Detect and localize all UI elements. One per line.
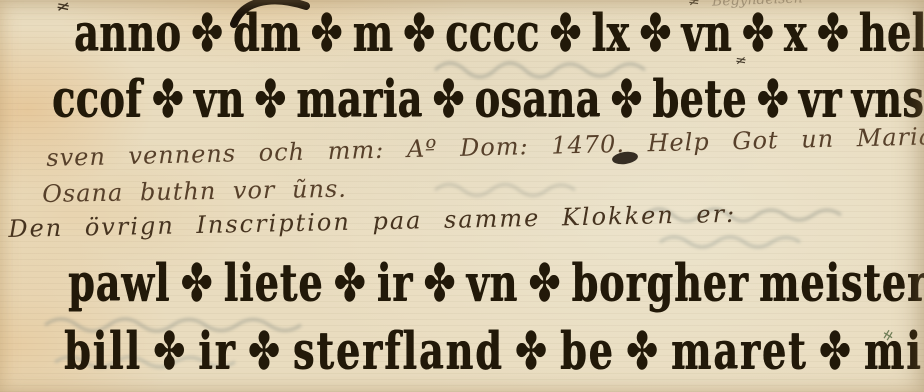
blackletter-line-3: pawl ✤ liete ✤ ir ✤ vn ✤ borgher meister… [68, 252, 924, 313]
cursive-note-line-2: Osana buthn vor ũns. [42, 175, 347, 208]
ink-mark-cross: ≠ [54, 0, 72, 18]
blackletter-line-4: bill ✤ ir ✤ sterfland ✤ be ✤ maret ✤ mic… [64, 320, 924, 381]
cursive-note-line-1: sven vennens och mm: Aº Dom: 1470. Help … [46, 122, 924, 172]
manuscript-page: ≠ ≠ ≠ ⧺ Begyndelsen anno ✤ dm ✤ m ✤ cccc… [0, 0, 924, 392]
blackletter-line-2: ccof ✤ vn ✤ maria ✤ osana ✤ bete ✤ vr vn… [52, 68, 924, 129]
blackletter-line-1: anno ✤ dm ✤ m ✤ cccc ✤ lx ✤ vn ✤ x ✤ hel… [74, 2, 924, 63]
